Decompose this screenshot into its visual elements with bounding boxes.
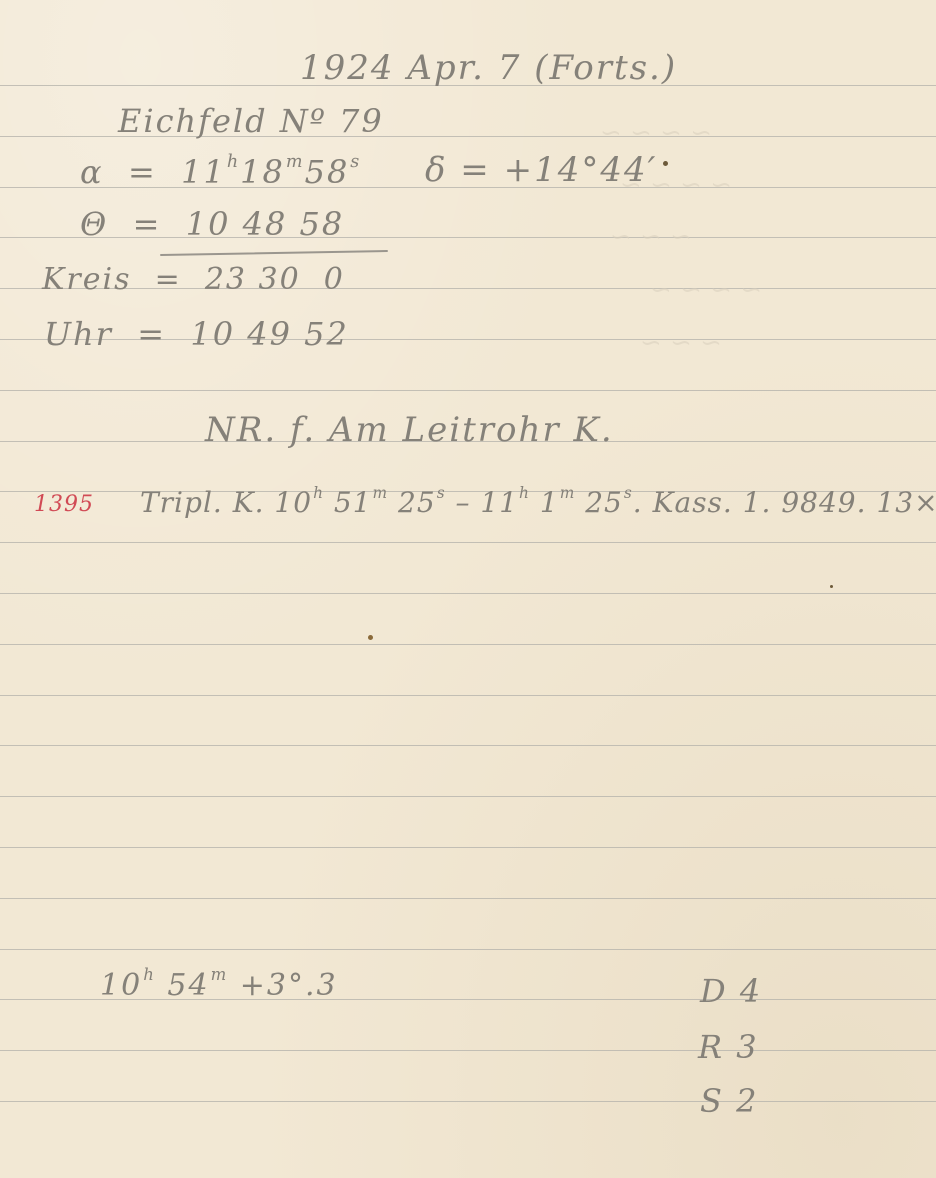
start-hours: 10 — [274, 486, 312, 519]
object-name: Eichfeld Nº 79 — [118, 102, 384, 140]
bleed-through-text: ~ ~ ~ ~ — [600, 118, 712, 148]
ruled-line — [0, 593, 936, 594]
ruled-line — [0, 847, 936, 848]
theta-value: 10 48 58 — [186, 205, 345, 243]
sum-underline — [160, 250, 388, 256]
note-minutes: 54 — [167, 968, 209, 1003]
kreis-label: Kreis — [42, 262, 132, 297]
rating-label: R — [698, 1028, 724, 1066]
plate-size: 13×18 — [876, 486, 936, 519]
kreis-row: Kreis = 23 30 0 — [42, 262, 345, 297]
ruled-line — [0, 949, 936, 950]
notebook-page: ~ ~ ~ ~ ~ ~ ~ ~ ~ ~ ~ ~ ~ ~ ~ ~ ~ ~ 1924… — [0, 0, 936, 1178]
delta-row: δ = +14°44′ — [425, 150, 657, 190]
uhr-label: Uhr — [44, 315, 113, 353]
theta-label: Θ — [80, 205, 108, 243]
bleed-through-text: ~ ~ ~ ~ — [650, 275, 762, 305]
ruled-line — [0, 644, 936, 645]
rating-value: 2 — [736, 1082, 758, 1120]
ruled-line — [0, 796, 936, 797]
alpha-minutes: 18 — [240, 153, 285, 191]
plate-number: 1395 — [34, 492, 94, 517]
emulsion: 9849. — [781, 486, 866, 519]
section-title: NR. f. Am Leitrohr K. — [205, 410, 614, 450]
ruled-line — [0, 898, 936, 899]
end-seconds: 25 — [585, 486, 623, 519]
end-hours: 11 — [480, 486, 518, 519]
ink-speck — [368, 635, 373, 640]
ruled-line — [0, 695, 936, 696]
kreis-value: 23 30 0 — [205, 262, 345, 297]
end-minutes: 1 — [540, 486, 559, 519]
alpha-label: α — [80, 153, 104, 191]
ink-speck — [830, 585, 833, 588]
ruled-line — [0, 1101, 936, 1102]
delta-value: = +14°44′ — [460, 150, 657, 190]
theta-row: Θ = 10 48 58 — [80, 205, 344, 243]
rating-label: S — [700, 1082, 724, 1120]
ruled-line — [0, 542, 936, 543]
alpha-seconds: 58 — [305, 153, 350, 191]
rating-row-s: S 2 — [700, 1082, 758, 1120]
rating-value: 3 — [736, 1028, 758, 1066]
note-hours: 10 — [100, 968, 142, 1003]
cassette: Kass. 1. — [653, 486, 772, 519]
ruled-line — [0, 745, 936, 746]
bleed-through-text: ~ ~ ~ — [640, 328, 722, 358]
ink-speck — [663, 161, 668, 166]
rating-row-r: R 3 — [698, 1028, 759, 1066]
bleed-through-text: ~ ~ ~ — [610, 222, 692, 252]
uhr-row: Uhr = 10 49 52 — [44, 315, 349, 353]
ruled-line — [0, 390, 936, 391]
alpha-hours: 11 — [181, 153, 226, 191]
rating-label: D — [700, 972, 728, 1010]
delta-label: δ — [425, 150, 447, 190]
footer-note: 10h 54m +3°.3 — [100, 965, 338, 1003]
rating-row-d: D 4 — [700, 972, 762, 1010]
uhr-value: 10 49 52 — [190, 315, 349, 353]
start-minutes: 51 — [334, 486, 372, 519]
rating-value: 4 — [740, 972, 762, 1010]
alpha-row: α = 11h18m58s — [80, 152, 361, 191]
date-heading: 1924 Apr. 7 (Forts.) — [300, 48, 677, 88]
start-seconds: 25 — [398, 486, 436, 519]
note-temperature: +3°.3 — [240, 968, 338, 1003]
plate-entry-row: Tripl. K. 10h 51m 25s – 11h 1m 25s. Kass… — [140, 484, 936, 519]
instrument: Tripl. K. — [140, 486, 265, 519]
ruled-line — [0, 1050, 936, 1051]
